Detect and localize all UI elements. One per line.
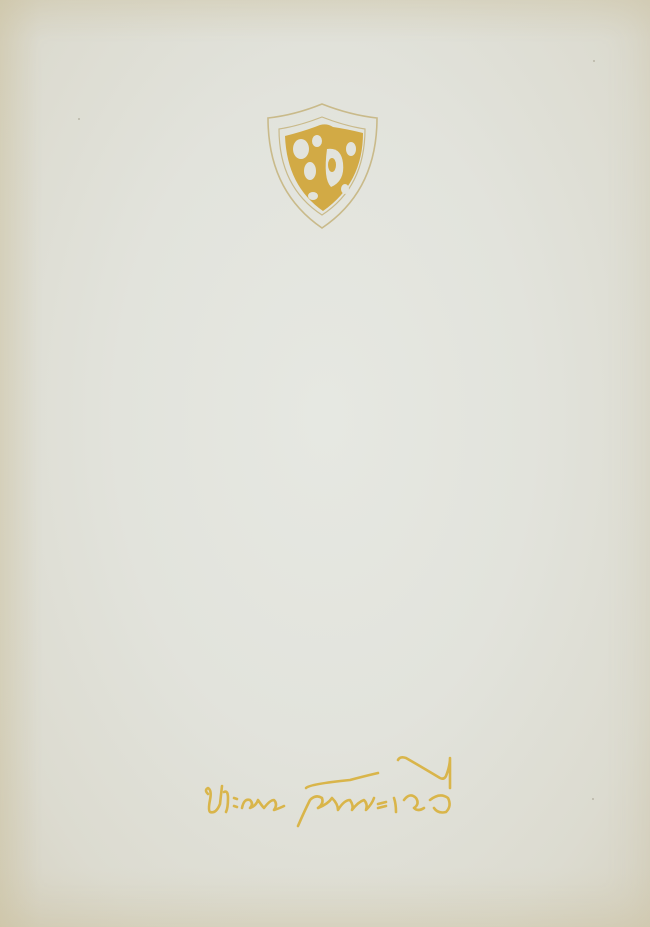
- paper-speck: [593, 60, 595, 62]
- shield-monogram-icon: [265, 101, 380, 231]
- author-signature: ประคอง ลิขิตนะเสือ: [200, 748, 465, 833]
- paper-speck: [78, 118, 80, 120]
- paper-speck: [592, 798, 594, 800]
- book-cover: ประคอง ลิขิตนะเสือ: [0, 0, 650, 927]
- signature-strokes: [200, 748, 465, 833]
